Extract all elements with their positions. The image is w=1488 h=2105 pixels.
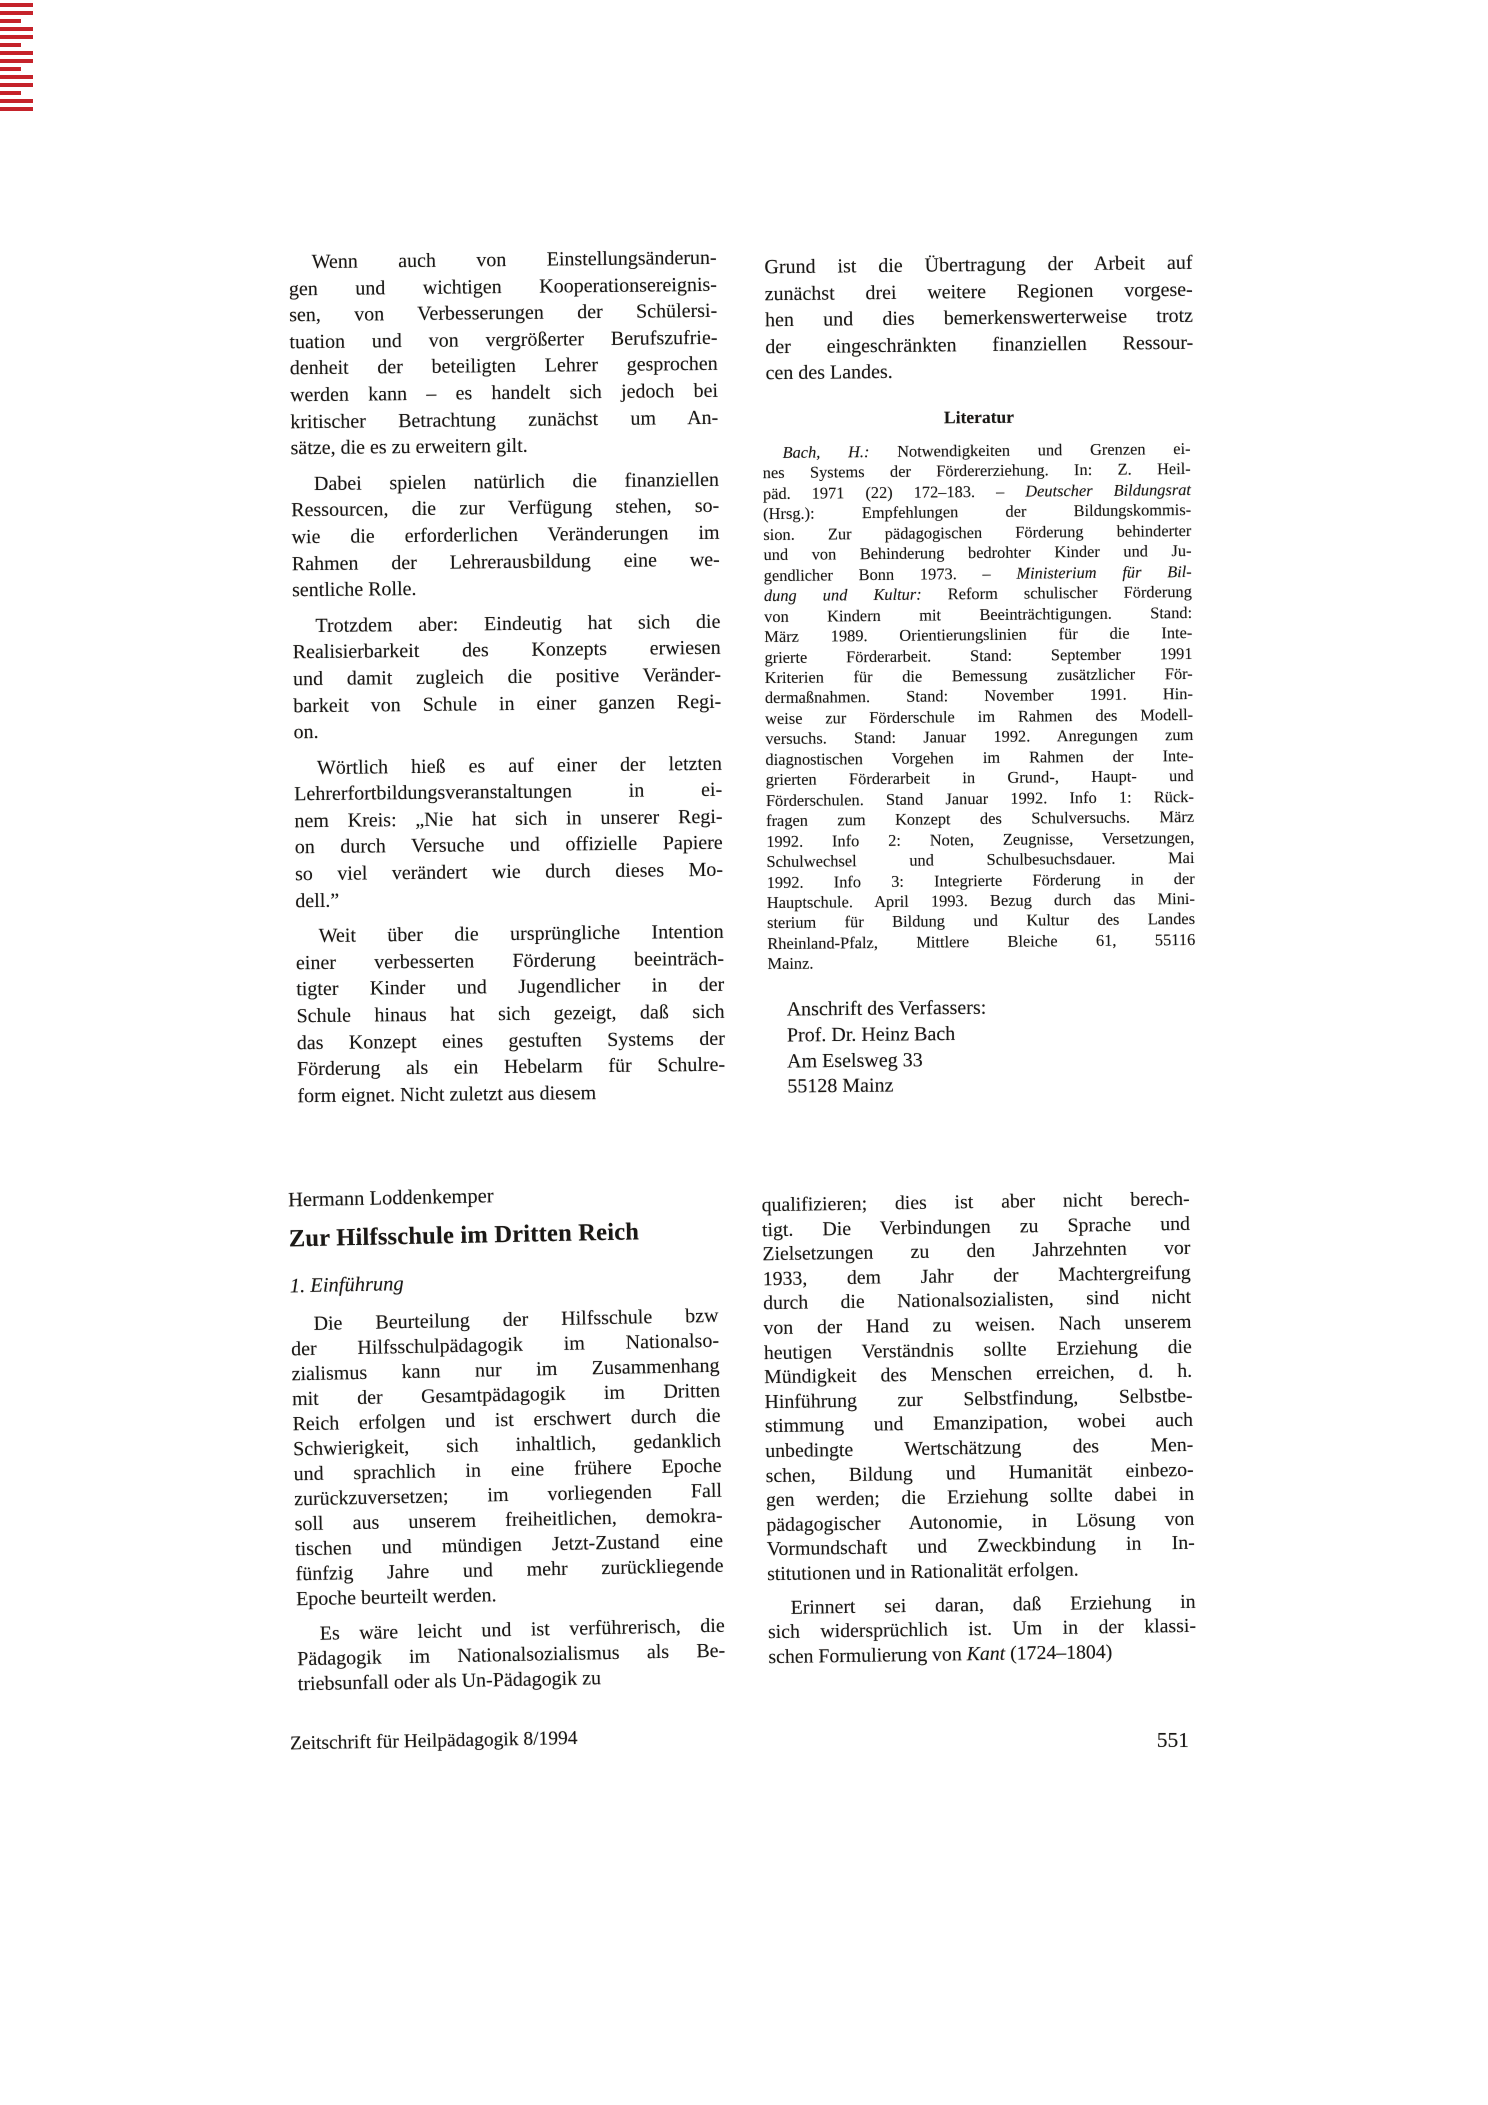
paragraph: qualifizieren; dies ist aber nicht berec…	[761, 1187, 1195, 1587]
article1-right-column: Grund ist die Übertragung der Arbeit auf…	[764, 250, 1193, 387]
text-line: Anschrift des Verfassers:	[787, 995, 1117, 1024]
literature-heading: Literatur	[765, 405, 1193, 430]
scan-mark	[0, 59, 33, 63]
scan-mark	[0, 91, 21, 95]
scan-mark	[0, 3, 33, 7]
text-line: Grund ist die Übertragung der Arbeit auf	[764, 250, 1192, 281]
paragraph: Die Beurteilung der Hilfsschule bzwder H…	[290, 1304, 724, 1613]
paragraph: Es wäre leicht und ist verführerisch, di…	[297, 1614, 726, 1698]
article2-left-column: Hermann Loddenkemper Zur Hilfsschule im …	[288, 1179, 726, 1707]
text-line: Schule hinaus hat sich gezeigt, daß sich	[296, 999, 724, 1030]
text-line: barkeit von Schule in einer ganzen Regi-	[293, 688, 721, 719]
scan-mark	[0, 99, 33, 103]
scan-mark	[0, 19, 21, 23]
paragraph: Anschrift des Verfassers:Prof. Dr. Heinz…	[787, 995, 1118, 1101]
scan-edge-marks	[0, 3, 33, 111]
paragraph: Dabei spielen natürlich die finanziellen…	[291, 467, 720, 604]
paragraph: Erinnert sei daran, daß Erziehung insich…	[767, 1589, 1196, 1669]
paragraph: Wörtlich hieß es auf einer der letztenLe…	[294, 750, 724, 914]
article2-section-heading: 1. Einführung	[290, 1265, 718, 1300]
scan-mark	[0, 83, 33, 87]
scan-mark	[0, 11, 33, 15]
text-line: Wenn auch von Einstellungsänderun-	[289, 245, 717, 276]
article2-author: Hermann Loddenkemper	[288, 1179, 716, 1214]
text-line: und damit zugleich die positive Veränder…	[293, 662, 721, 693]
text-line: dell.”	[295, 883, 723, 914]
author-address-block: Anschrift des Verfassers:Prof. Dr. Heinz…	[787, 995, 1118, 1101]
scan-mark	[0, 51, 33, 55]
scanned-journal-page: Wenn auch von Einstellungsänderun-gen un…	[0, 0, 1488, 2105]
scan-mark	[0, 67, 21, 71]
text-line: cen des Landes.	[765, 356, 1193, 387]
footer-journal-title: Zeitschrift für Heilpädagogik 8/1994	[290, 1725, 750, 1756]
scan-mark	[0, 35, 33, 39]
text-line: sen, von Verbesserungen der Schülersi-	[289, 298, 717, 329]
text-line: stitutionen und in Rationalität erfolgen…	[767, 1556, 1195, 1587]
paragraph: Grund ist die Übertragung der Arbeit auf…	[764, 250, 1193, 387]
scan-mark	[0, 75, 33, 79]
text-line: Am Eselsweg 33	[787, 1046, 1117, 1075]
paragraph: Bach, H.: Notwendigkeiten und Grenzen ei…	[762, 439, 1195, 975]
paragraph: Wenn auch von Einstellungsänderun-gen un…	[289, 245, 719, 462]
text-line: hen und dies bemerkenswerterweise trotz	[765, 303, 1193, 334]
article1-left-column: Wenn auch von Einstellungsänderun-gen un…	[289, 245, 726, 1110]
text-line: form eignet. Nicht zuletzt aus diesem	[297, 1079, 725, 1110]
scan-mark	[0, 27, 33, 31]
text-line: sätze, die es zu erweitern gilt.	[290, 431, 718, 462]
text-line: Förderung als ein Hebelarm für Schulre-	[297, 1052, 725, 1083]
text-line: der eingeschränkten finanziellen Ressour…	[765, 330, 1193, 361]
article2-title: Zur Hilfsschule im Dritten Reich	[289, 1216, 718, 1255]
scan-mark	[0, 107, 33, 111]
text-line: wie die erforderlichen Veränderungen im	[291, 520, 719, 551]
article2-left-text: Die Beurteilung der Hilfsschule bzwder H…	[290, 1304, 726, 1698]
literature-list: Bach, H.: Notwendigkeiten und Grenzen ei…	[762, 439, 1195, 975]
text-line: Rahmen der Lehrerausbildung eine we-	[292, 546, 720, 577]
article2-right-column: qualifizieren; dies ist aber nicht berec…	[761, 1187, 1196, 1670]
text-line: 55128 Mainz	[787, 1072, 1117, 1101]
paragraph: Weit über die ursprüngliche Intentionein…	[296, 919, 726, 1110]
text-line: Prof. Dr. Heinz Bach	[787, 1020, 1117, 1049]
text-line: on.	[293, 715, 721, 746]
text-line: Mainz.	[767, 950, 1195, 975]
scan-mark	[0, 43, 21, 47]
page-number: 551	[765, 1728, 1189, 1753]
text-line: so viel verändert wie durch dieses Mo-	[295, 857, 723, 888]
text-line: sentliche Rolle.	[292, 573, 720, 604]
text-line: kritischer Betrachtung zunächst um An-	[290, 404, 718, 435]
paragraph: Trotzdem aber: Eindeutig hat sich dieRea…	[292, 608, 721, 745]
text-line: werden kann – es handelt sich jedoch bei	[290, 378, 718, 409]
